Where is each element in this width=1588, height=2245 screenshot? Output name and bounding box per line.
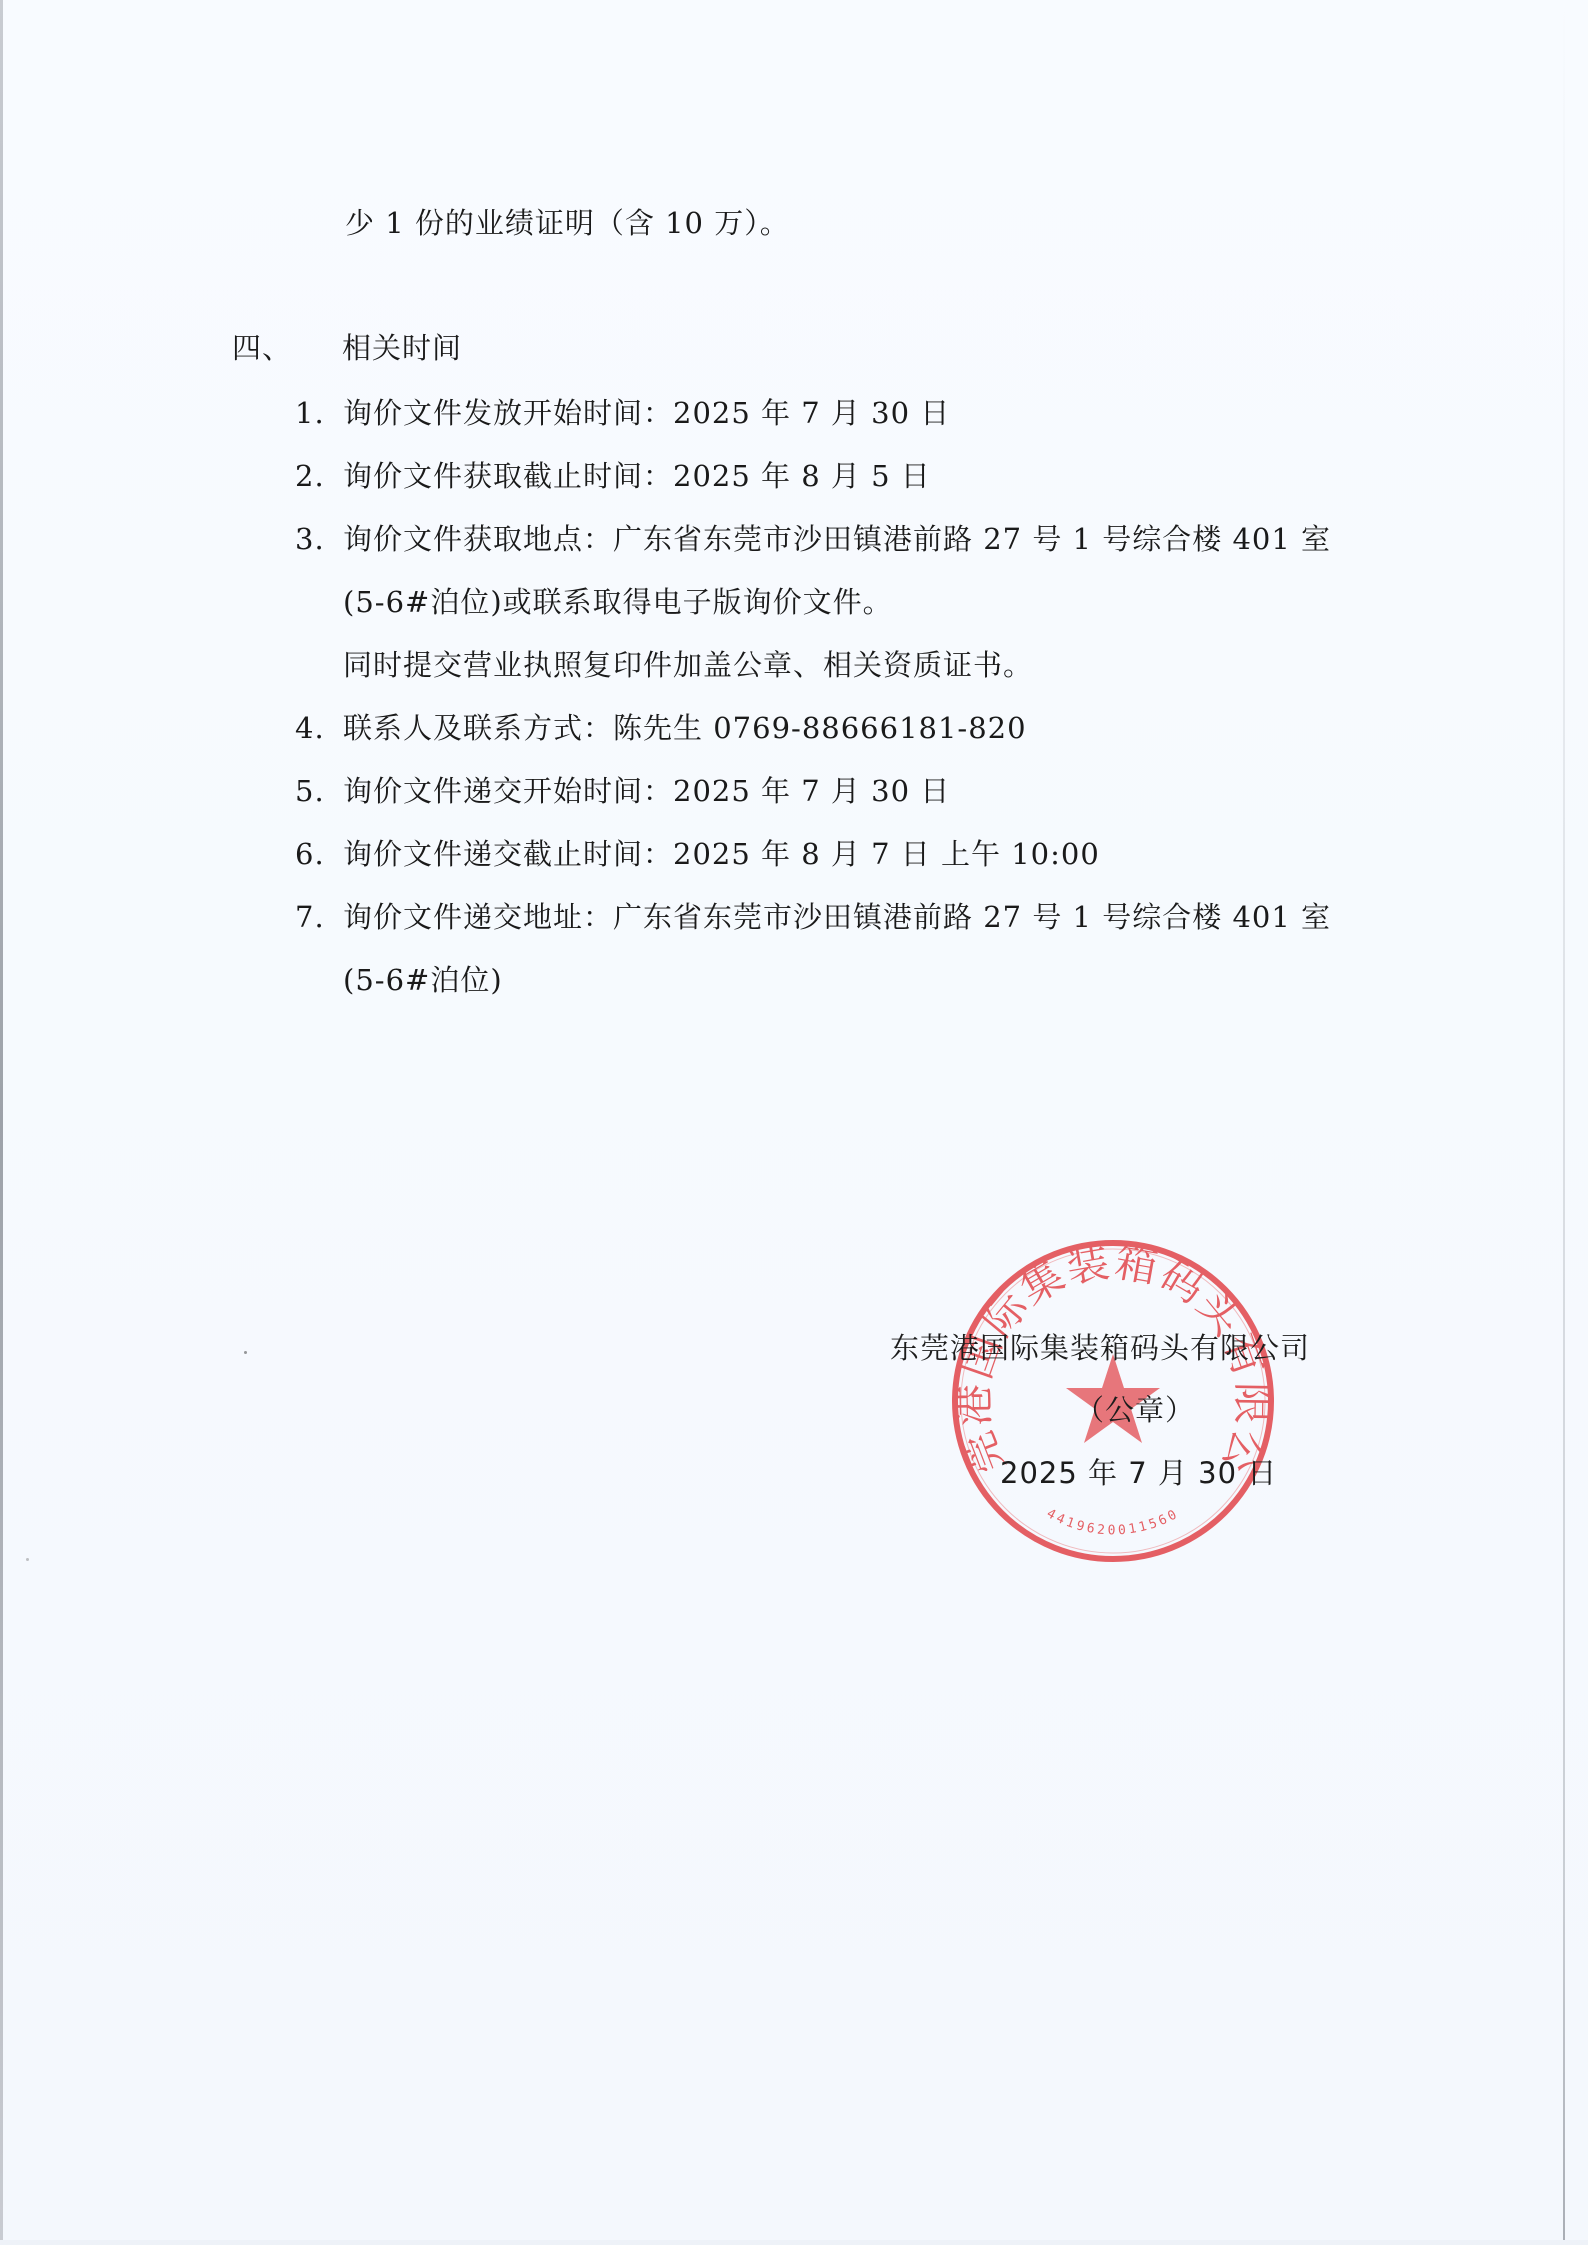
scan-speck xyxy=(244,1351,247,1354)
item-number: 2. xyxy=(295,458,343,494)
document-page: 少 1 份的业绩证明（含 10 万）。 四、相关时间 1.询价文件发放开始时间：… xyxy=(0,0,1588,2245)
item-number: 4. xyxy=(295,710,343,746)
item-text: 联系人及联系方式：陈先生 0769-88666181-820 xyxy=(343,711,1027,745)
item-number: 1. xyxy=(295,395,343,431)
section-title: 相关时间 xyxy=(342,331,462,365)
signature-date: 2025 年 7 月 30 日 xyxy=(1000,1455,1277,1491)
scan-edge-bottom xyxy=(0,2240,1588,2245)
item-text-continued: 同时提交营业执照复印件加盖公章、相关资质证书。 xyxy=(343,647,1033,683)
scan-speck xyxy=(26,1558,29,1561)
list-item: 2.询价文件获取截止时间：2025 年 8 月 5 日 xyxy=(295,458,931,494)
item-text: 询价文件发放开始时间：2025 年 7 月 30 日 xyxy=(343,396,950,430)
item-text: 询价文件递交开始时间：2025 年 7 月 30 日 xyxy=(343,774,950,808)
item-number: 3. xyxy=(295,521,343,557)
item-text-continued: (5-6#泊位) xyxy=(343,962,503,998)
list-item: 7.询价文件递交地址：广东省东莞市沙田镇港前路 27 号 1 号综合楼 401 … xyxy=(295,899,1331,935)
seal-number: 4419620011560 xyxy=(1044,1506,1182,1538)
item-number: 5. xyxy=(295,773,343,809)
list-item: 3.询价文件获取地点：广东省东莞市沙田镇港前路 27 号 1 号综合楼 401 … xyxy=(295,521,1331,557)
continuation-text: 少 1 份的业绩证明（含 10 万）。 xyxy=(345,205,790,241)
list-item: 4.联系人及联系方式：陈先生 0769-88666181-820 xyxy=(295,710,1027,746)
item-text: 询价文件递交截止时间：2025 年 8 月 7 日 上午 10:00 xyxy=(343,837,1100,871)
list-item: 6.询价文件递交截止时间：2025 年 8 月 7 日 上午 10:00 xyxy=(295,836,1100,872)
item-text: 询价文件获取地点：广东省东莞市沙田镇港前路 27 号 1 号综合楼 401 室 xyxy=(343,522,1331,556)
list-item: 5.询价文件递交开始时间：2025 年 7 月 30 日 xyxy=(295,773,950,809)
scan-edge-left xyxy=(0,0,3,2245)
list-item: 1.询价文件发放开始时间：2025 年 7 月 30 日 xyxy=(295,395,950,431)
item-text: 询价文件递交地址：广东省东莞市沙田镇港前路 27 号 1 号综合楼 401 室 xyxy=(343,900,1331,934)
scan-edge-right xyxy=(1563,0,1565,2245)
section-number: 四、 xyxy=(232,330,342,366)
company-name: 东莞港国际集装箱码头有限公司 xyxy=(890,1330,1310,1366)
item-text: 询价文件获取截止时间：2025 年 8 月 5 日 xyxy=(343,459,931,493)
item-number: 6. xyxy=(295,836,343,872)
item-text-continued: (5-6#泊位)或联系取得电子版询价文件。 xyxy=(343,584,893,620)
item-number: 7. xyxy=(295,899,343,935)
seal-label: （公章） xyxy=(1075,1392,1195,1428)
section-heading: 四、相关时间 xyxy=(232,330,462,366)
svg-text:4419620011560: 4419620011560 xyxy=(1044,1506,1182,1538)
